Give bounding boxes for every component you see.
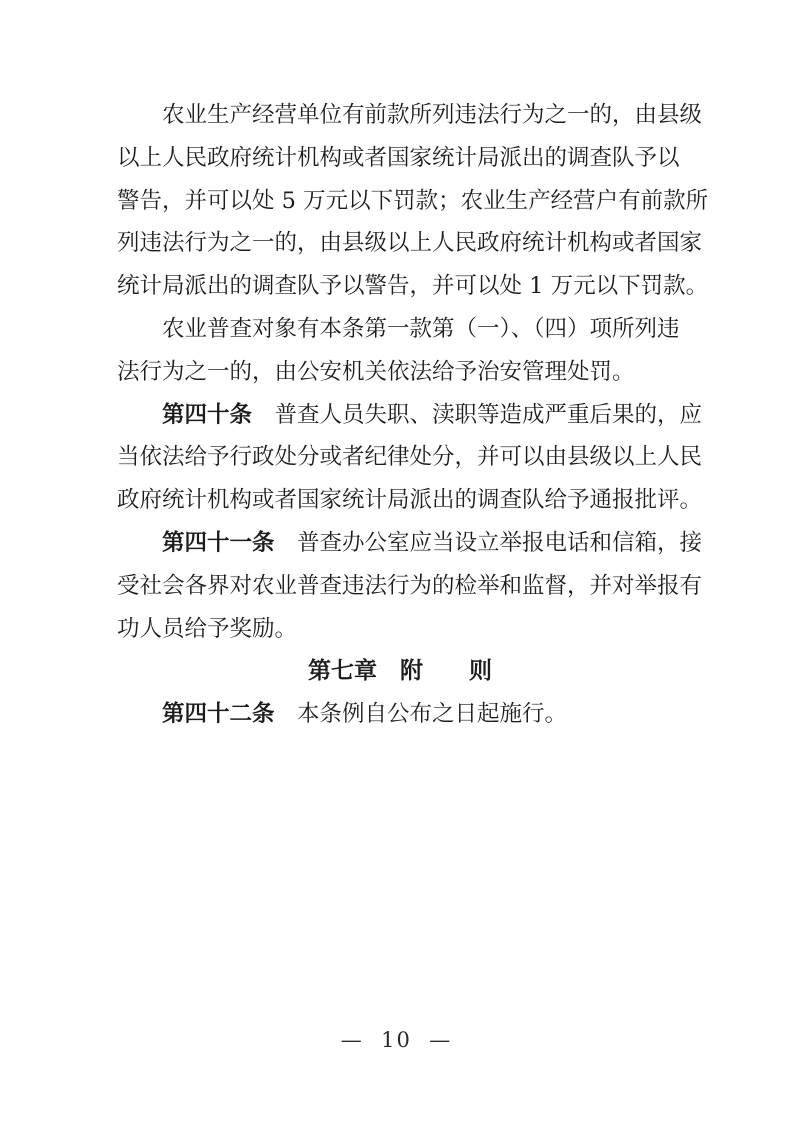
text-line: 农业生产经营单位有前款所列违法行为之一的，由县级 xyxy=(117,94,683,137)
article-number: 第四十条 xyxy=(162,402,252,428)
page-number: — 10 — xyxy=(0,1026,793,1054)
chapter-heading: 第七章 附 则 xyxy=(117,650,683,693)
article-number: 第四十一条 xyxy=(162,530,275,556)
text-line: 以上人民政府统计机构或者国家统计局派出的调查队予以 xyxy=(117,137,683,180)
text-line: 当依法给予行政处分或者纪律处分，并可以由县级以上人民 xyxy=(117,436,683,479)
text-line: 功人员给予奖励。 xyxy=(117,608,683,651)
text-line: 警告，并可以处 5 万元以下罚款；农业生产经营户有前款所 xyxy=(117,180,683,223)
text-line: 统计局派出的调查队予以警告，并可以处 1 万元以下罚款。 xyxy=(117,265,683,308)
line-text: 列违法行为之一的，由县级以上人民政府统计机构或者国家 xyxy=(117,230,702,256)
line-text: 农业生产经营单位有前款所列违法行为之一的，由县级 xyxy=(162,102,702,128)
line-text: 统计局派出的调查队予以警告，并可以处 1 万元以下罚款。 xyxy=(117,273,708,299)
text-line: 受社会各界对农业普查违法行为的检举和监督，并对举报有 xyxy=(117,565,683,608)
line-text: 法行为之一的，由公安机关依法给予治安管理处罚。 xyxy=(117,359,635,385)
text-line-article-42: 第四十二条 本条例自公布之日起施行。 xyxy=(117,693,683,736)
text-line: 政府统计机构或者国家统计局派出的调查队给予通报批评。 xyxy=(117,479,683,522)
text-block: 农业生产经营单位有前款所列违法行为之一的，由县级 以上人民政府统计机构或者国家统… xyxy=(117,94,683,736)
line-text: 当依法给予行政处分或者纪律处分，并可以由县级以上人民 xyxy=(117,444,702,470)
text-line: 农业普查对象有本条第一款第（一）、（四）项所列违 xyxy=(117,308,683,351)
line-text: 警告，并可以处 5 万元以下罚款；农业生产经营户有前款所 xyxy=(117,188,708,214)
line-text: 普查人员失职、渎职等造成严重后果的，应 xyxy=(252,402,702,428)
text-line: 法行为之一的，由公安机关依法给予治安管理处罚。 xyxy=(117,351,683,394)
line-text: 农业普查对象有本条第一款第（一）、（四）项所列违 xyxy=(162,316,680,342)
line-text: 政府统计机构或者国家统计局派出的调查队给予通报批评。 xyxy=(117,487,702,513)
line-text: 本条例自公布之日起施行。 xyxy=(275,701,568,727)
text-line-article-40: 第四十条 普查人员失职、渎职等造成严重后果的，应 xyxy=(117,394,683,437)
chapter-heading-text: 第七章 附 则 xyxy=(308,658,492,684)
article-number: 第四十二条 xyxy=(162,701,275,727)
line-text: 以上人民政府统计机构或者国家统计局派出的调查队予以 xyxy=(117,145,680,171)
line-text: 功人员给予奖励。 xyxy=(117,616,297,642)
text-line-article-41: 第四十一条 普查办公室应当设立举报电话和信箱，接 xyxy=(117,522,683,565)
text-line: 列违法行为之一的，由县级以上人民政府统计机构或者国家 xyxy=(117,222,683,265)
line-text: 受社会各界对农业普查违法行为的检举和监督，并对举报有 xyxy=(117,573,702,599)
document-page: 农业生产经营单位有前款所列违法行为之一的，由县级 以上人民政府统计机构或者国家统… xyxy=(0,0,793,1122)
line-text: 普查办公室应当设立举报电话和信箱，接 xyxy=(275,530,703,556)
